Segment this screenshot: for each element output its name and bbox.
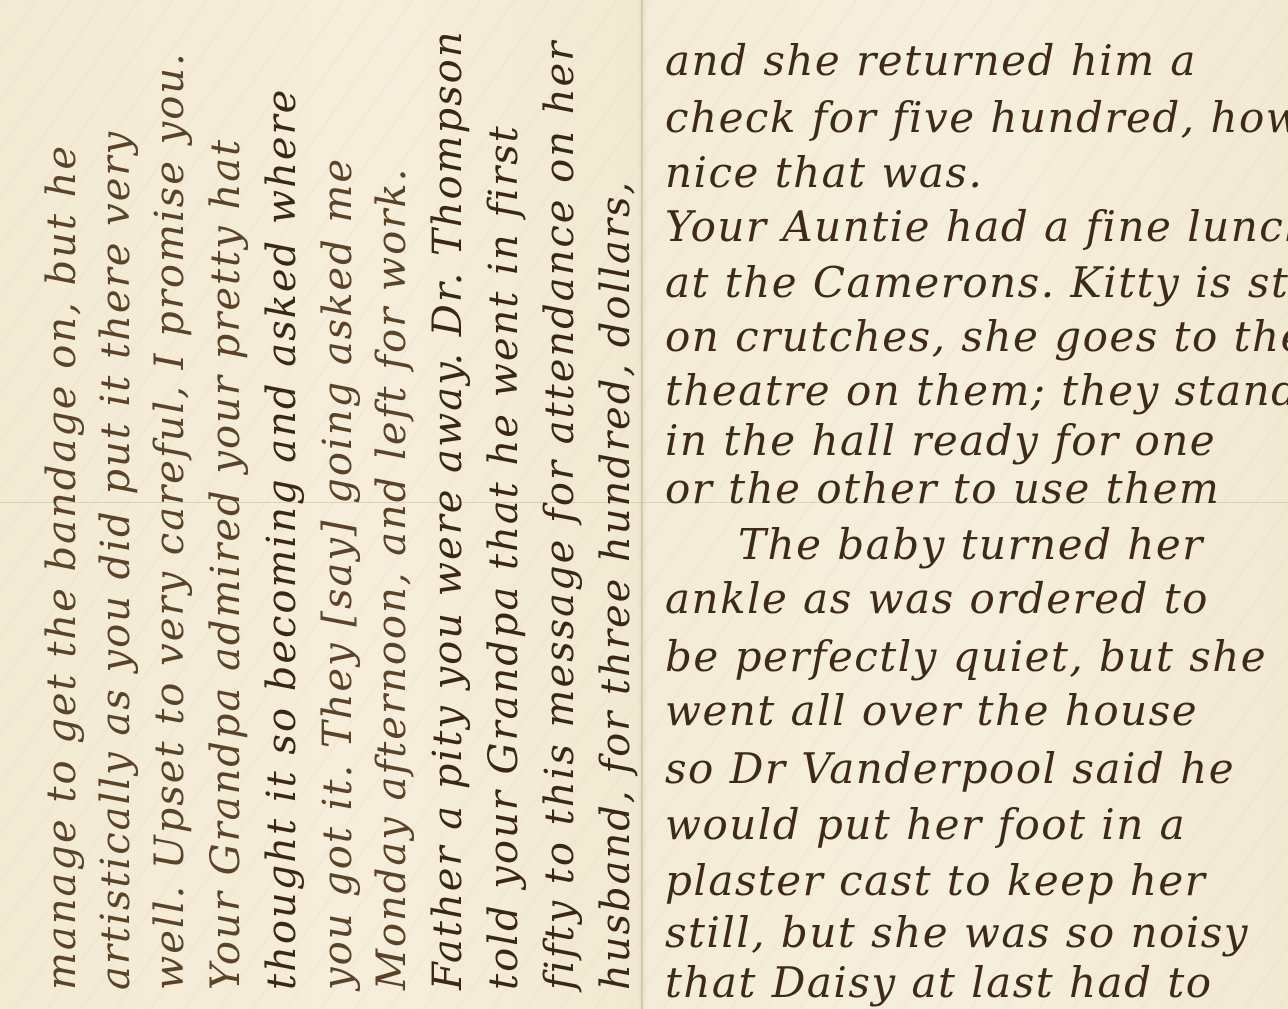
right-line-6: on crutches, she goes to the	[665, 316, 1288, 358]
right-line-10: The baby turned her	[738, 524, 1204, 566]
letter-sheet: manage to get the bandage on, but he art…	[0, 0, 1288, 1009]
left-line-8: Father a pity you were away. Dr. Thompso…	[428, 30, 468, 990]
right-line-1: and she returned him a	[665, 40, 1197, 82]
right-line-11: ankle as was ordered to	[665, 578, 1209, 620]
left-line-9: told your Grandpa that he went in first	[484, 124, 524, 990]
right-line-3: nice that was.	[665, 152, 983, 194]
left-line-6: you got it. They [say] going asked me	[318, 157, 358, 990]
right-line-12: be perfectly quiet, but she	[665, 636, 1267, 678]
right-line-5: at the Camerons. Kitty is still	[665, 262, 1288, 304]
left-line-3: well. Upset to very careful, I promise y…	[150, 51, 190, 990]
right-line-4: Your Auntie had a fine lunch	[665, 206, 1288, 248]
right-line-2: check for five hundred, how	[665, 97, 1288, 139]
left-line-11: husband, for three hundred, dollars,	[596, 180, 636, 990]
right-line-18: that Daisy at last had to	[665, 962, 1213, 1004]
left-page: manage to get the bandage on, but he art…	[0, 0, 641, 1009]
left-line-4: Your Grandpa admired your pretty hat	[206, 138, 246, 990]
right-line-15: would put her foot in a	[665, 804, 1186, 846]
right-line-16: plaster cast to keep her	[665, 860, 1206, 902]
left-line-2: artistically as you did put it there ver…	[96, 130, 136, 990]
right-line-9: or the other to use them	[665, 468, 1220, 510]
left-line-7: Monday afternoon, and left for work.	[372, 167, 412, 990]
left-line-5: thought it so becoming and asked where	[262, 88, 302, 990]
left-line-10: fifty to this message for attendance on …	[540, 40, 580, 990]
right-line-8: in the hall ready for one	[665, 420, 1216, 462]
right-page: and she returned him a check for five hu…	[643, 0, 1288, 1009]
right-line-17: still, but she was so noisy	[665, 912, 1249, 954]
right-line-7: theatre on them; they stand	[665, 370, 1288, 412]
left-line-1: manage to get the bandage on, but he	[42, 144, 82, 990]
right-line-14: so Dr Vanderpool said he	[665, 748, 1235, 790]
right-line-13: went all over the house	[665, 690, 1198, 732]
